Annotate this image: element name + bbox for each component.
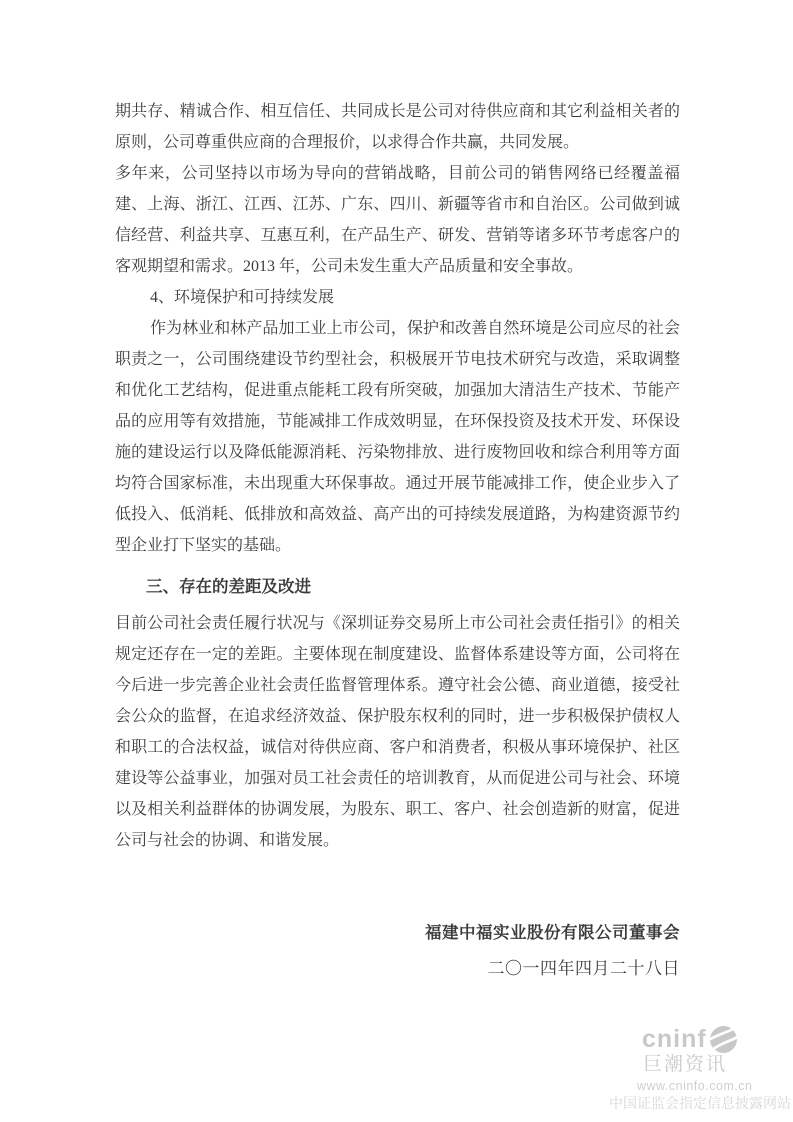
paragraph-supplier-relations: 期共存、精诚合作、相互信任、共同成长是公司对待供应商和其它利益相关者的原则，公司… <box>115 96 680 158</box>
cninfo-brand-name: 巨潮资讯 <box>643 1054 727 1076</box>
cninfo-logo-text: cninf <box>642 1024 707 1054</box>
section-heading-gaps-improvement: 三、存在的差距及改进 <box>115 571 680 602</box>
paragraph-environment-detail: 作为林业和林产品加工业上市公司，保护和改善自然环境是公司应尽的社会职责之一，公司… <box>115 313 680 561</box>
signature-block: 福建中福实业股份有限公司董事会 二〇一四年四月二十八日 <box>425 916 680 988</box>
cninfo-url: www.cninfo.com.cn <box>637 1079 752 1093</box>
paragraph-marketing-strategy: 多年来，公司坚持以市场为导向的营销战略，目前公司的销售网络已经覆盖福建、上海、浙… <box>115 158 680 282</box>
subheading-environment-protection: 4、环境保护和可持续发展 <box>115 282 680 313</box>
signature-company: 福建中福实业股份有限公司董事会 <box>425 916 680 950</box>
document-page-body: 期共存、精诚合作、相互信任、共同成长是公司对待供应商和其它利益相关者的原则，公司… <box>115 96 680 856</box>
signature-date: 二〇一四年四月二十八日 <box>425 950 680 988</box>
cninfo-tagline: 中国证监会指定信息披露网站 <box>609 1093 791 1113</box>
cninfo-swirl-icon <box>709 1025 738 1054</box>
cninfo-watermark: cninf 巨潮资讯 www.cninfo.com.cn 中国证监会指定信息披露… <box>606 1022 793 1122</box>
cninfo-logo: cninf <box>642 1024 738 1054</box>
paragraph-gaps-improvement: 目前公司社会责任履行状况与《深圳证券交易所上市公司社会责任指引》的相关规定还存在… <box>115 608 680 856</box>
